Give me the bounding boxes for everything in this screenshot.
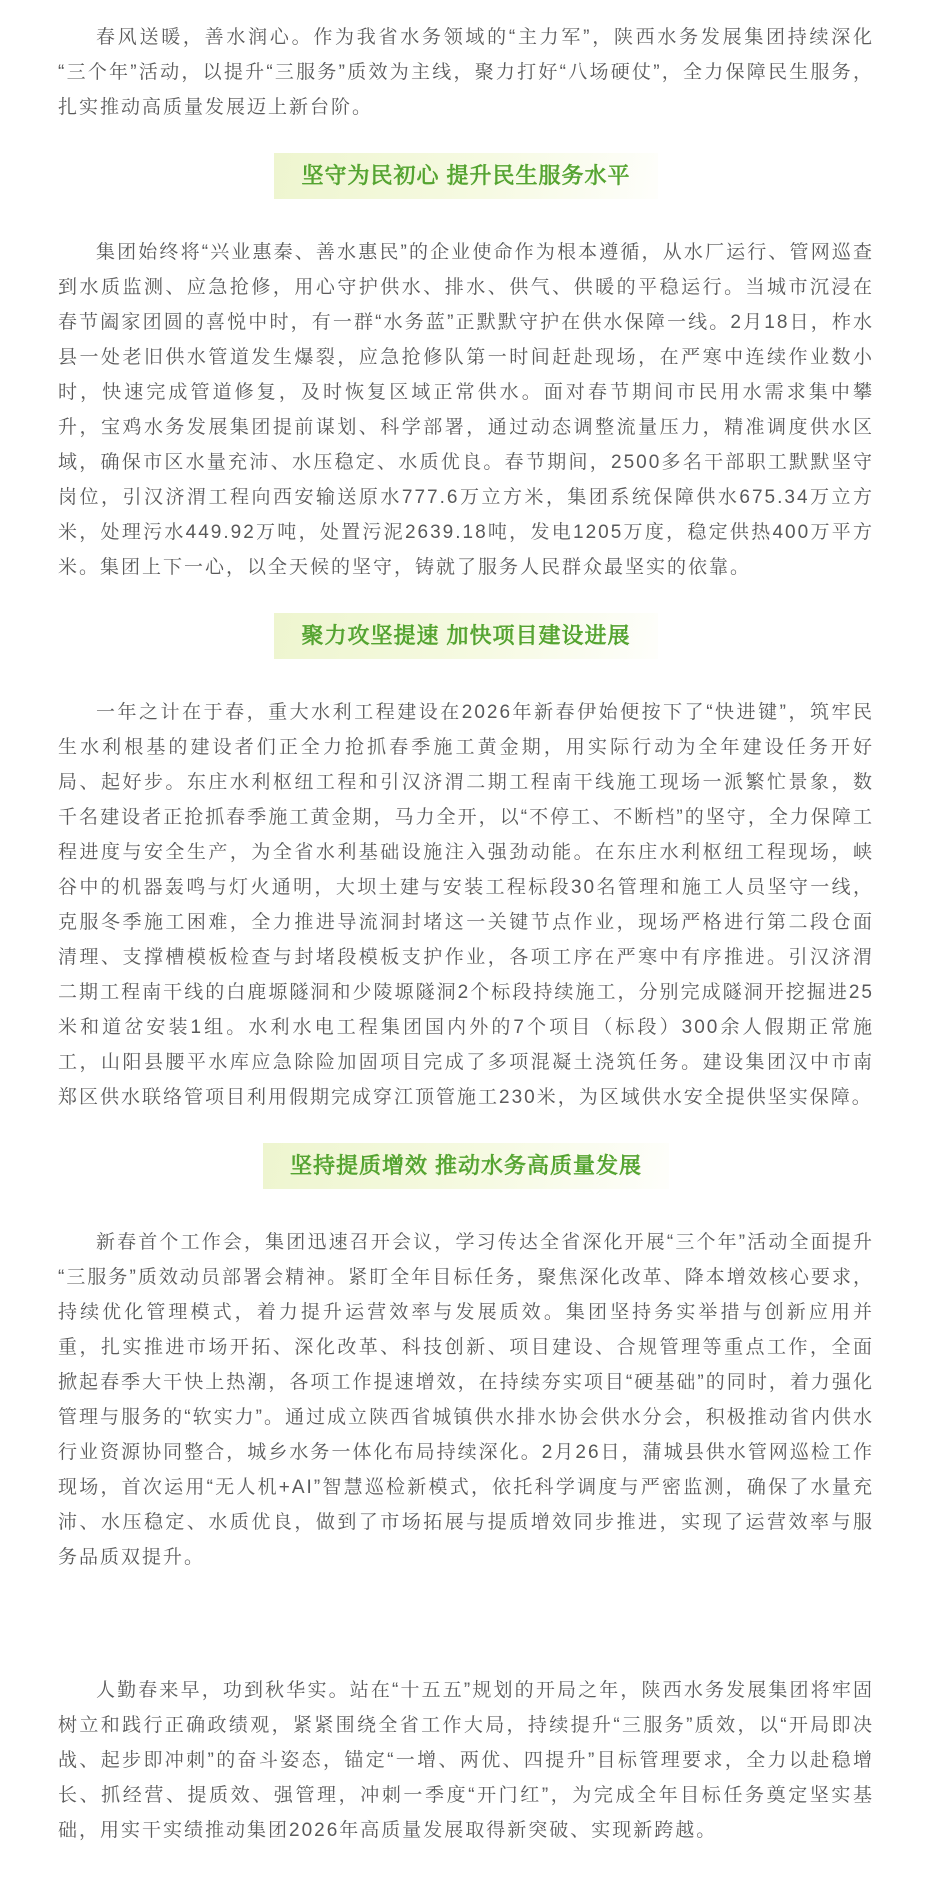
section-heading-minsheng-service: 坚守为民初心 提升民生服务水平 <box>274 153 657 199</box>
paragraph-gap <box>58 1603 874 1673</box>
section-paragraph-project-construction: 一年之计在于春，重大水利工程建设在2026年新春伊始便按下了“快进键”，筑牢民生… <box>58 695 874 1115</box>
intro-paragraph: 春风送暖，善水润心。作为我省水务领域的“主力军”，陕西水务发展集团持续深化“三个… <box>58 20 874 125</box>
section-heading-quality-efficiency: 坚持提质增效 推动水务高质量发展 <box>263 1143 669 1189</box>
closing-paragraph: 人勤春来早，功到秋华实。站在“十五五”规划的开局之年，陕西水务发展集团将牢固树立… <box>58 1673 874 1848</box>
article-body: 春风送暖，善水润心。作为我省水务领域的“主力军”，陕西水务发展集团持续深化“三个… <box>0 0 932 1901</box>
section-paragraph-quality-efficiency: 新春首个工作会，集团迅速召开会议，学习传达全省深化开展“三个年”活动全面提升“三… <box>58 1225 874 1575</box>
section-heading-project-construction: 聚力攻坚提速 加快项目建设进展 <box>274 613 657 659</box>
section-paragraph-minsheng-service: 集团始终将“兴业惠秦、善水惠民”的企业使命作为根本遵循，从水厂运行、管网巡查到水… <box>58 235 874 585</box>
